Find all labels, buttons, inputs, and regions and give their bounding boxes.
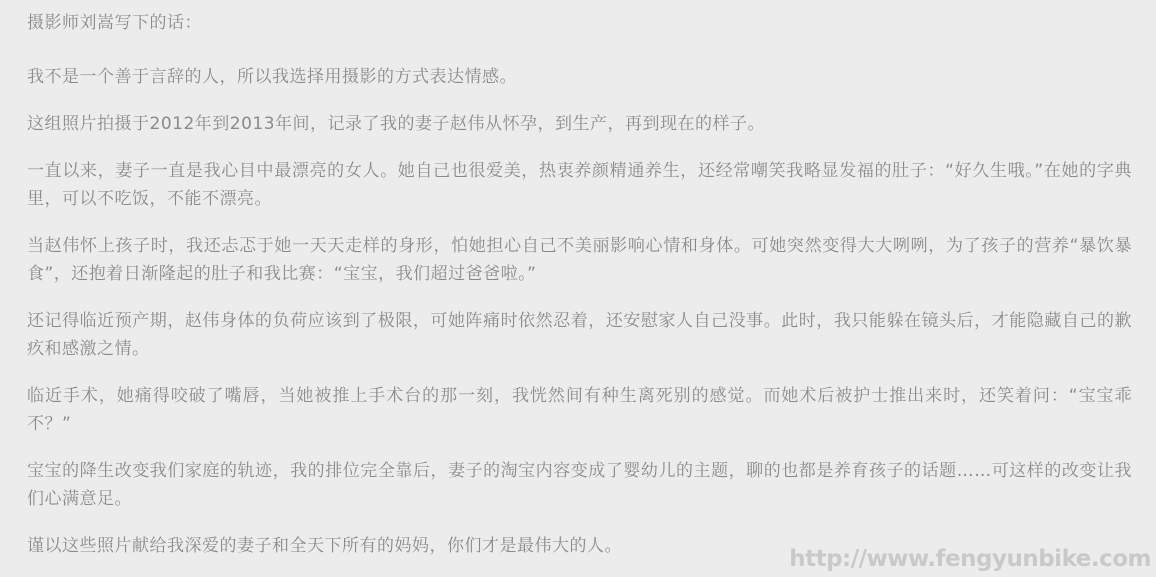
article-body: 摄影师刘嵩写下的话： 我不是一个善于言辞的人，所以我选择用摄影的方式表达情感。 … [0,0,1156,577]
paragraph: 还记得临近预产期，赵伟身体的负荷应该到了极限，可她阵痛时依然忍着，还安慰家人自己… [27,307,1132,363]
watermark-url: http://www.fengyunbike.com [789,546,1151,572]
paragraph: 当赵伟怀上孩子时，我还忐忑于她一天天走样的身形，怕她担心自己不美丽影响心情和身体… [27,232,1132,288]
paragraph: 临近手术，她痛得咬破了嘴唇，当她被推上手术台的那一刻，我恍然间有种生离死别的感觉… [27,382,1132,438]
article-title: 摄影师刘嵩写下的话： [27,9,1132,37]
paragraph: 一直以来，妻子一直是我心目中最漂亮的女人。她自己也很爱美，热衷养颜精通养生，还经… [27,157,1132,213]
paragraph: 这组照片拍摄于2012年到2013年间，记录了我的妻子赵伟从怀孕，到生产，再到现… [27,110,1132,138]
paragraph: 宝宝的降生改变我们家庭的轨迹，我的排位完全靠后，妻子的淘宝内容变成了婴幼儿的主题… [27,457,1132,513]
paragraph: 我不是一个善于言辞的人，所以我选择用摄影的方式表达情感。 [27,63,1132,91]
